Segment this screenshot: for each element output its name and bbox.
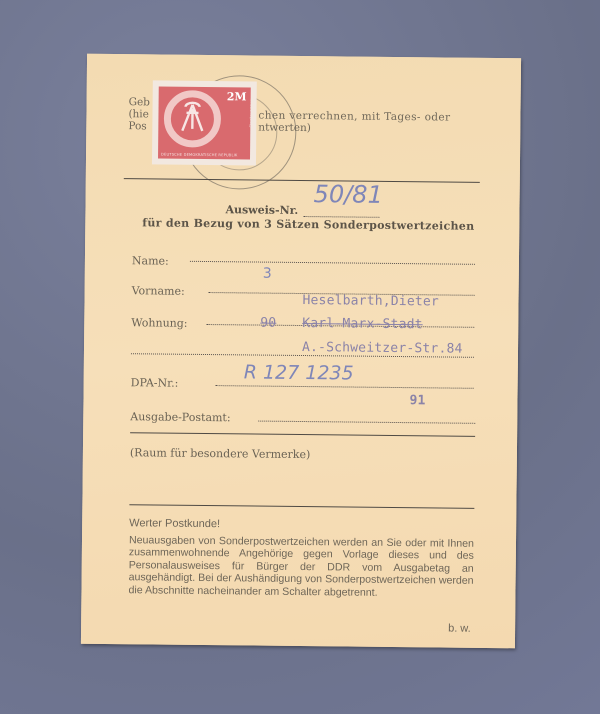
id-card-document: Geb (hie Pos chen verrechnen, mit Tages-… — [81, 54, 521, 649]
ausgabe-number-typed: 91 — [409, 393, 425, 408]
wohnung-postcode-typed: 90 — [260, 316, 276, 331]
header-line-3: Pos — [128, 120, 146, 132]
name-handwritten: 3 — [263, 266, 272, 282]
name-label: Name: — [132, 254, 169, 267]
header-line-1: Geb — [129, 96, 150, 108]
header-divider — [124, 178, 480, 183]
footer-bw: b. w. — [448, 623, 471, 635]
notice-title: Werter Postkunde! — [129, 517, 220, 530]
stamp-value: 2M — [227, 90, 247, 103]
ausweis-nr-handwritten: 50/81 — [313, 180, 382, 209]
dpa-handwritten: R 127 1235 — [244, 361, 354, 384]
ausgabe-postamt-line — [258, 421, 475, 424]
vorname-label: Vorname: — [132, 284, 185, 298]
svg-text:Staatswappen: Staatswappen — [248, 99, 250, 128]
wohnung-city-typed: Karl-Marx-Stadt — [302, 316, 423, 332]
stamp-country-text: DEUTSCHE DEMOKRATISCHE REPUBLIK — [161, 153, 237, 158]
notice-body: Neuausgaben von Sonderpostwertzeichen we… — [128, 534, 474, 600]
subtitle: für den Bezug von 3 Sätzen Sonderpostwer… — [142, 216, 474, 232]
header-line-2: (hie — [128, 108, 149, 120]
remarks-divider — [129, 504, 474, 509]
wohnung-label: Wohnung: — [131, 316, 187, 330]
remarks-label: (Raum für besondere Vermerke) — [130, 446, 311, 461]
ausgabe-divider — [130, 432, 475, 437]
ausgabe-postamt-label: Ausgabe-Postamt: — [130, 410, 230, 424]
postage-stamp: Staatswappen 2M DEUTSCHE DEMOKRATISCHE R… — [152, 80, 257, 165]
wohnung-street-typed: A.-Schweitzer-Str.84 — [302, 340, 463, 357]
ausweis-nr-label: Ausweis-Nr. — [225, 203, 298, 217]
stamp-face: Staatswappen 2M DEUTSCHE DEMOKRATISCHE R… — [158, 86, 251, 159]
dpa-line — [216, 385, 474, 389]
dpa-label: DPA-Nr.: — [131, 376, 179, 389]
name-line — [190, 261, 475, 265]
vorname-typed: Heselbarth,Dieter — [302, 293, 439, 309]
